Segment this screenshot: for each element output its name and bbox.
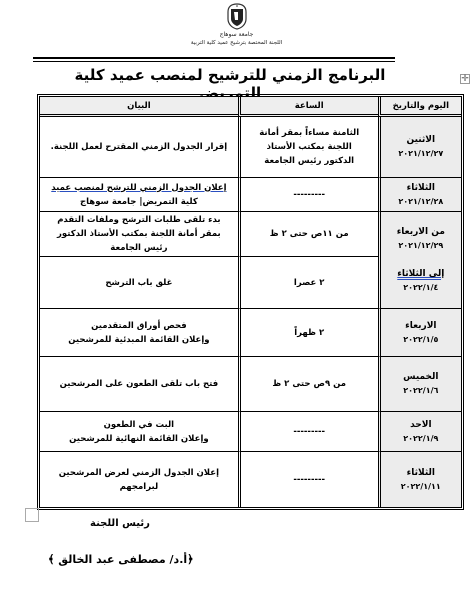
day-name: الاربعاء	[385, 319, 457, 333]
day-date: ٢٠٢٢/١/٩	[385, 432, 457, 446]
day-name: الخميس	[385, 370, 457, 384]
column-header-time: الساعة	[238, 97, 378, 117]
day-date: ٢٠٢٢/١/٥	[385, 333, 457, 347]
day-date: ٢٠٢١/١٢/٢٨	[385, 195, 457, 209]
day-cell: الثلاثاء ٢٠٢٢/١/١١	[378, 452, 461, 507]
time-cell: من ١١ص حتى ٢ ظ	[238, 212, 378, 257]
day-range-cell: من الاربعاء ٢٠٢١/١٢/٢٩ إلى الثلاثاء ٢٠٢٢…	[378, 212, 461, 309]
move-handle-icon[interactable]: ✛	[460, 74, 470, 84]
date-to: ٢٠٢٢/١/٤	[385, 281, 457, 295]
table-row: الاثنين ٢٠٢١/١٢/٢٧ الثامنة مساءاً بمقر أ…	[40, 117, 461, 178]
time-cell: ---------	[238, 412, 378, 452]
description-line: إعلان الجدول الزمني لعرض المرشحين	[44, 466, 234, 480]
date-from: ٢٠٢١/١٢/٢٩	[385, 239, 457, 253]
day-from: من الاربعاء	[385, 225, 457, 239]
day-date: ٢٠٢١/١٢/٢٧	[385, 147, 457, 161]
day-cell: الثلاثاء ٢٠٢١/١٢/٢٨	[378, 178, 461, 212]
time-cell: الثامنة مساءاً بمقر أمانة اللجنة بمكتب ا…	[238, 117, 378, 178]
description-cell: بدء تلقى طلبات الترشح وملفات التقدم بمقر…	[40, 212, 238, 257]
schedule-table: اليوم والتاريخ الساعة البيان الاثنين ٢٠٢…	[37, 94, 464, 510]
time-line: الدكتور رئيس الجامعة	[245, 154, 374, 168]
day-date: ٢٠٢٢/١/٦	[385, 384, 457, 398]
header-divider-thin	[33, 61, 395, 62]
time-cell: ---------	[238, 452, 378, 507]
time-line: الثامنة مساءاً بمقر أمانة	[245, 126, 374, 140]
description-line: إعلان الجدول الزمني للترشح لمنصب عميد	[44, 181, 234, 195]
time-cell: من ٩ص حتى ٢ ظ	[238, 357, 378, 412]
day-date: ٢٠٢٢/١/١١	[385, 480, 457, 494]
table-row: الاربعاء ٢٠٢٢/١/٥ ٢ ظهراً فحص أوراق المت…	[40, 309, 461, 357]
day-name: الثلاثاء	[385, 181, 457, 195]
header-divider	[33, 57, 395, 59]
time-cell: ---------	[238, 178, 378, 212]
table-row: من الاربعاء ٢٠٢١/١٢/٢٩ إلى الثلاثاء ٢٠٢٢…	[40, 212, 461, 257]
table-row: الاحد ٢٠٢٢/١/٩ --------- البت في الطعون …	[40, 412, 461, 452]
time-cell: ٢ ظهراً	[238, 309, 378, 357]
description-line: لبرامجهم	[44, 480, 234, 494]
column-header-day-date: اليوم والتاريخ	[378, 97, 461, 117]
description-line: فحص أوراق المتقدمين	[44, 319, 234, 333]
column-header-description: البيان	[40, 97, 238, 117]
spacer	[385, 253, 457, 267]
description-cell: فحص أوراق المتقدمين وإعلان القائمة المبد…	[40, 309, 238, 357]
description-line: وإعلان القائمة النهائية للمرشحين	[44, 432, 234, 446]
description-cell: إقرار الجدول الزمني المقترح لعمل اللجنة.	[40, 117, 238, 178]
description-cell: غلق باب الترشح	[40, 257, 238, 309]
table-row: الثلاثاء ٢٠٢١/١٢/٢٨ --------- إعلان الجد…	[40, 178, 461, 212]
document-header: جامعة سوهاج اللجنة المختصة بترشيح عميد ك…	[0, 0, 473, 62]
description-line: رئيس الجامعة	[44, 241, 234, 255]
description-line: بمقر أمانة اللجنة بمكتب الأستاذ الدكتور	[44, 227, 234, 241]
description-line: بدء تلقى طلبات الترشح وملفات التقدم	[44, 213, 234, 227]
time-cell: ٢ عصرا	[238, 257, 378, 309]
day-name: الثلاثاء	[385, 466, 457, 480]
description-line: البت في الطعون	[44, 418, 234, 432]
day-name: الاحد	[385, 418, 457, 432]
day-cell: الاربعاء ٢٠٢٢/١/٥	[378, 309, 461, 357]
university-name: جامعة سوهاج	[0, 31, 473, 38]
day-cell: الخميس ٢٠٢٢/١/٦	[378, 357, 461, 412]
university-crest-icon	[226, 3, 248, 30]
time-line: اللجنة بمكتب الأستاذ	[245, 140, 374, 154]
description-line: وإعلان القائمة المبدئية للمرشحين	[44, 333, 234, 347]
day-name: الاثنين	[385, 133, 457, 147]
description-cell: إعلان الجدول الزمني للترشح لمنصب عميد كل…	[40, 178, 238, 212]
table-row: الثلاثاء ٢٠٢٢/١/١١ --------- إعلان الجدو…	[40, 452, 461, 507]
description-cell: البت في الطعون وإعلان القائمة النهائية ل…	[40, 412, 238, 452]
day-cell: الاحد ٢٠٢٢/١/٩	[378, 412, 461, 452]
table-row: الخميس ٢٠٢٢/١/٦ من ٩ص حتى ٢ ظ فتح باب تل…	[40, 357, 461, 412]
text-boundary-marker	[25, 508, 39, 522]
day-to: إلى الثلاثاء	[385, 267, 457, 281]
description-cell: فتح باب تلقى الطعون على المرشحين	[40, 357, 238, 412]
day-cell: الاثنين ٢٠٢١/١٢/٢٧	[378, 117, 461, 178]
signature-name: ﴿أ.د/ مصطفى عبد الخالق ﴾	[48, 553, 194, 566]
committee-name: اللجنة المختصة بترشيح عميد كلية التربية	[0, 40, 473, 46]
signature-title: رئيس اللجنة	[90, 518, 150, 529]
description-text: إعلان الجدول الزمني للترشح لمنصب عميد	[51, 183, 226, 193]
table-header-row: اليوم والتاريخ الساعة البيان	[40, 97, 461, 117]
description-cell: إعلان الجدول الزمني لعرض المرشحين لبرامج…	[40, 452, 238, 507]
description-line: كلية التمريض| جامعة سوهاج	[44, 195, 234, 209]
